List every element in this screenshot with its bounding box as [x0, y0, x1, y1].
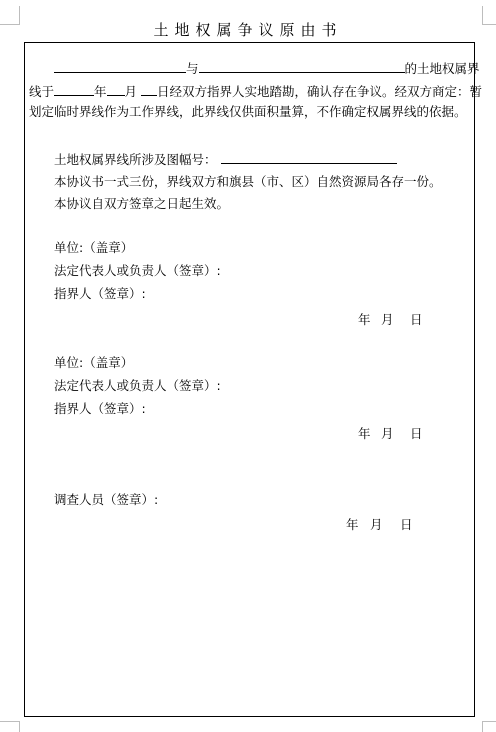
- date-month: 月: [381, 310, 394, 328]
- text-between: 与: [186, 61, 199, 76]
- blank-year[interactable]: [54, 83, 94, 96]
- text-month: 月: [125, 84, 138, 99]
- party1-rep-label: 法定代表人或负责人（签章）:: [54, 263, 221, 279]
- date-month: 月: [370, 515, 383, 533]
- date-day: 日: [410, 424, 423, 442]
- text-tail1: 的土地权属界: [405, 61, 480, 76]
- investigator-label: 调查人员（签章）:: [54, 492, 158, 508]
- page-corner-mark-bottom-right: [482, 721, 496, 732]
- party1-indicator-label: 指界人（签章）:: [54, 286, 146, 302]
- party1-unit-label: 单位:（盖章）: [54, 240, 133, 256]
- date-month: 月: [381, 424, 394, 442]
- blank-map-sheet[interactable]: [221, 151, 397, 164]
- date-day: 日: [410, 310, 423, 328]
- copies-text: 本协议书一式三份，界线双方和旗县（市、区）自然资源局各存一份。: [54, 174, 442, 190]
- blank-day[interactable]: [141, 83, 157, 96]
- date-year: 年: [346, 515, 359, 533]
- para1-line3: 划定临时界线作为工作界线，此界线仅供面积量算，不作确定权属界线的依据。: [29, 104, 467, 120]
- blank-party-b[interactable]: [199, 60, 405, 73]
- date-day: 日: [400, 515, 413, 533]
- text-line2b: 日经双方指界人实地踏勘，确认存在争议。经双方商定：暂: [157, 84, 482, 99]
- page-corner-mark-bottom-left: [0, 721, 20, 732]
- date-year: 年: [358, 310, 371, 328]
- map-sheet-line: 土地权属界线所涉及图幅号：: [54, 151, 397, 168]
- blank-month[interactable]: [107, 83, 125, 96]
- text-line2a: 线于: [29, 84, 54, 99]
- text-year: 年: [94, 84, 107, 99]
- effective-text: 本协议自双方签章之日起生效。: [54, 196, 229, 212]
- document-title: 土地权属争议原由书: [0, 20, 496, 40]
- para1-line2: 线于年月 日经双方指界人实地踏勘，确认存在争议。经双方商定：暂: [29, 83, 482, 100]
- map-sheet-label: 土地权属界线所涉及图幅号：: [54, 152, 217, 167]
- party2-indicator-label: 指界人（签章）:: [54, 401, 146, 417]
- blank-party-a[interactable]: [54, 60, 186, 73]
- para1-line1: 与的土地权属界: [54, 60, 480, 77]
- date-year: 年: [358, 424, 371, 442]
- party2-rep-label: 法定代表人或负责人（签章）:: [54, 378, 221, 394]
- party2-unit-label: 单位:（盖章）: [54, 355, 133, 371]
